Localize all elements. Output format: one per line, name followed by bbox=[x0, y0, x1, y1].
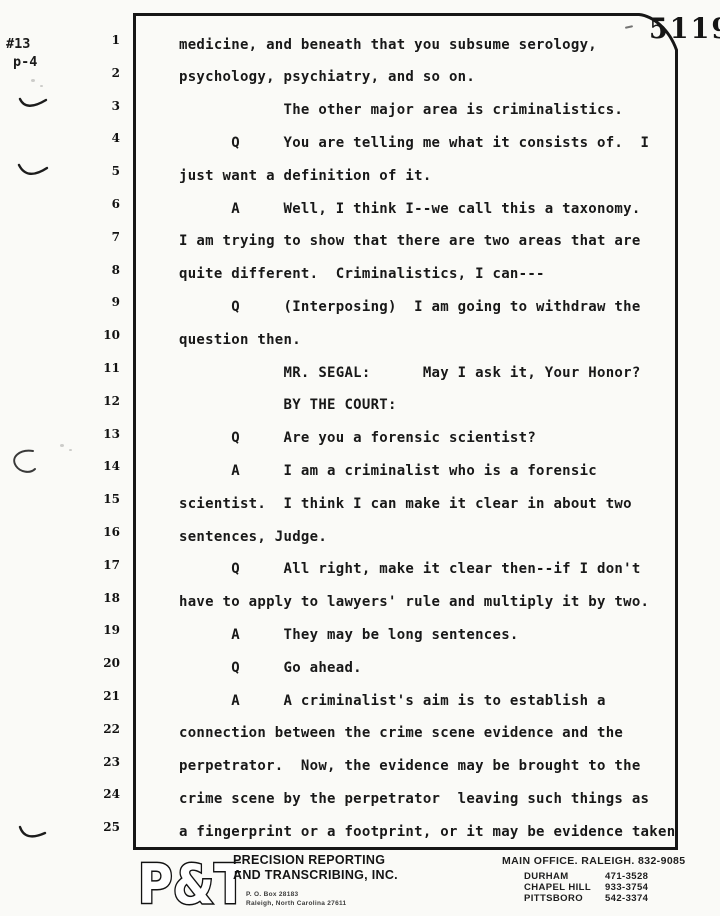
transcript-line-number: 8 bbox=[0, 263, 120, 277]
scan-speck bbox=[60, 444, 64, 447]
transcript-line-text: Q Are you a forensic scientist? bbox=[179, 430, 536, 446]
transcript-line-number: 11 bbox=[0, 361, 120, 375]
scanned-transcript-page: { "page": { "margin_note_line1": "#13", … bbox=[0, 0, 720, 916]
transcript-line-number: 4 bbox=[0, 131, 120, 145]
transcript-line-text: perpetrator. Now, the evidence may be br… bbox=[179, 758, 641, 774]
transcript-line-number: 22 bbox=[0, 722, 120, 736]
transcript-line-number: 19 bbox=[0, 623, 120, 637]
transcript-line-text: A They may be long sentences. bbox=[179, 627, 519, 643]
transcript-line-text: question then. bbox=[179, 332, 301, 348]
office-phone: 471-3528 bbox=[605, 871, 648, 882]
transcript-line-number: 16 bbox=[0, 525, 120, 539]
address-city: Raleigh, North Carolina 27611 bbox=[246, 899, 346, 908]
office-city: PITTSBORO bbox=[524, 893, 605, 904]
transcript-line-text: sentences, Judge. bbox=[179, 529, 327, 545]
transcript-line-number: 18 bbox=[0, 591, 120, 605]
transcript-line-number: 12 bbox=[0, 394, 120, 408]
address-pobox: P. O. Box 28183 bbox=[246, 890, 346, 899]
transcript-line-text: psychology, psychiatry, and so on. bbox=[179, 69, 475, 85]
company-name: PRECISION REPORTING AND TRANSCRIBING, IN… bbox=[233, 853, 398, 883]
transcript-line-text: Q You are telling me what it consists of… bbox=[179, 135, 649, 151]
transcript-line-text: I am trying to show that there are two a… bbox=[179, 233, 641, 249]
office-row: DURHAM471-3528 bbox=[524, 871, 648, 882]
logo-text: P&T. bbox=[138, 853, 241, 915]
transcript-line-text: MR. SEGAL: May I ask it, Your Honor? bbox=[179, 365, 641, 381]
transcript-line-number: 1 bbox=[0, 33, 120, 47]
main-office-phone: MAIN OFFICE. RALEIGH. 832-9085 bbox=[502, 855, 686, 867]
scan-speck bbox=[40, 85, 43, 87]
transcript-line-number: 15 bbox=[0, 492, 120, 506]
office-phone: 933-3754 bbox=[605, 882, 648, 893]
transcript-line-number: 23 bbox=[0, 755, 120, 769]
company-address: P. O. Box 28183 Raleigh, North Carolina … bbox=[246, 890, 346, 908]
transcript-line-number: 20 bbox=[0, 656, 120, 670]
reporting-company-logo: P&T. bbox=[137, 851, 241, 916]
transcript-line-number: 25 bbox=[0, 820, 120, 834]
company-name-line2: AND TRANSCRIBING, INC. bbox=[233, 868, 398, 882]
transcript-line-number: 2 bbox=[0, 66, 120, 80]
office-row: CHAPEL HILL933-3754 bbox=[524, 882, 648, 893]
transcript-line-text: medicine, and beneath that you subsume s… bbox=[179, 37, 597, 53]
transcript-line-number: 7 bbox=[0, 230, 120, 244]
transcript-line-text: just want a definition of it. bbox=[179, 168, 432, 184]
branch-office-phones: DURHAM471-3528CHAPEL HILL933-3754PITTSBO… bbox=[524, 871, 648, 904]
transcript-line-number: 24 bbox=[0, 787, 120, 801]
transcript-line-number: 9 bbox=[0, 295, 120, 309]
transcript-line-number: 3 bbox=[0, 99, 120, 113]
office-city: DURHAM bbox=[524, 871, 605, 882]
company-name-line1: PRECISION REPORTING bbox=[233, 853, 385, 867]
transcript-line-text: Q All right, make it clear then--if I do… bbox=[179, 561, 641, 577]
transcript-line-number: 13 bbox=[0, 427, 120, 441]
transcript-line-text: a fingerprint or a footprint, or it may … bbox=[179, 824, 675, 840]
transcript-line-number: 10 bbox=[0, 328, 120, 342]
transcript-line-text: quite different. Criminalistics, I can--… bbox=[179, 266, 545, 282]
transcript-line-text: crime scene by the perpetrator leaving s… bbox=[179, 791, 649, 807]
transcript-line-number: 21 bbox=[0, 689, 120, 703]
transcript-line-text: have to apply to lawyers' rule and multi… bbox=[179, 594, 649, 610]
transcript-line-text: The other major area is criminalistics. bbox=[179, 102, 623, 118]
transcript-line-text: Q Go ahead. bbox=[179, 660, 362, 676]
transcript-line-number: 14 bbox=[0, 459, 120, 473]
transcript-line-text: Q (Interposing) I am going to withdraw t… bbox=[179, 299, 641, 315]
transcript-line-number: 17 bbox=[0, 558, 120, 572]
transcript-line-text: connection between the crime scene evide… bbox=[179, 725, 623, 741]
transcript-line-text: scientist. I think I can make it clear i… bbox=[179, 496, 632, 512]
page-number-stamp: 5119 bbox=[649, 14, 720, 46]
scan-speck bbox=[69, 449, 72, 451]
transcript-line-text: A I am a criminalist who is a forensic bbox=[179, 463, 597, 479]
office-row: PITTSBORO542-3374 bbox=[524, 893, 648, 904]
transcript-line-text: BY THE COURT: bbox=[179, 397, 397, 413]
transcript-line-number: 6 bbox=[0, 197, 120, 211]
office-phone: 542-3374 bbox=[605, 893, 648, 904]
transcript-line-number: 5 bbox=[0, 164, 120, 178]
office-city: CHAPEL HILL bbox=[524, 882, 605, 893]
transcript-line-text: A Well, I think I--we call this a taxono… bbox=[179, 201, 641, 217]
transcript-line-text: A A criminalist's aim is to establish a bbox=[179, 693, 606, 709]
